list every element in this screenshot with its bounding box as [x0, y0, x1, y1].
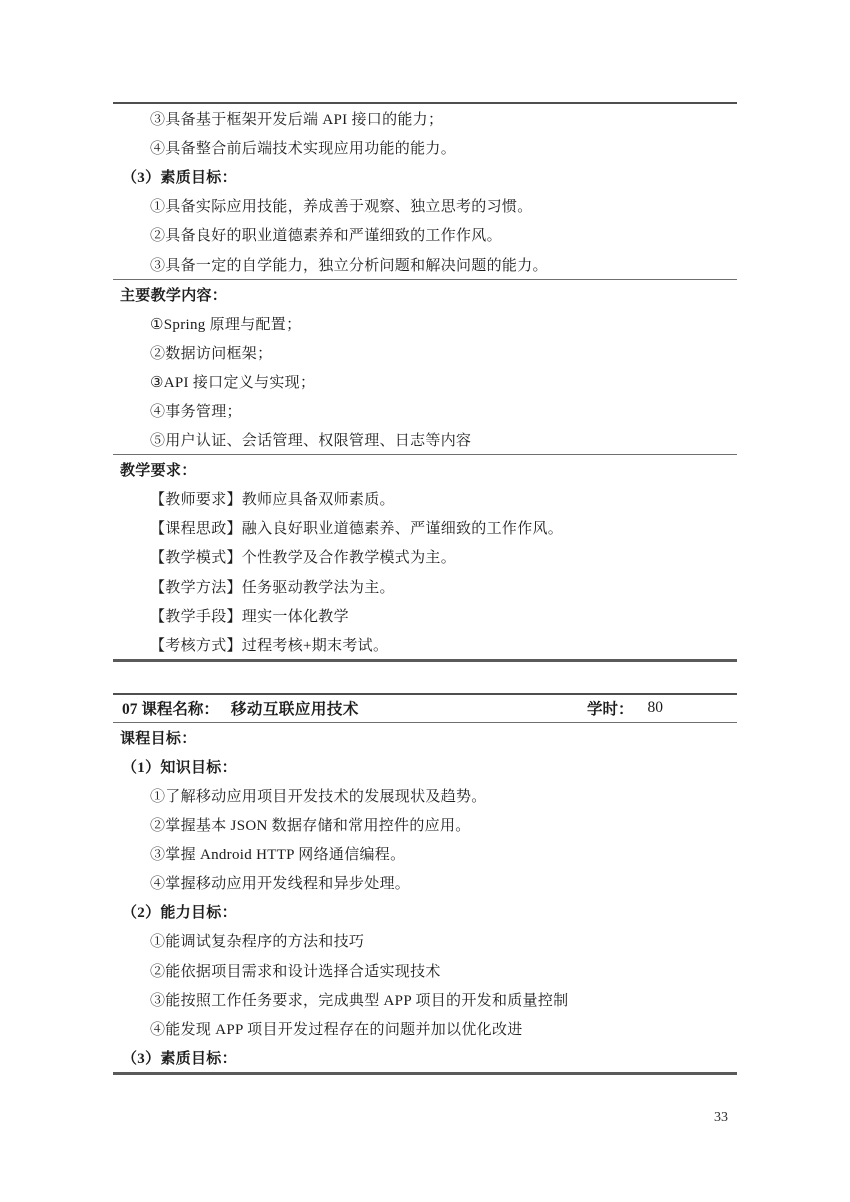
list-item: ③具备基于框架开发后端 API 接口的能力；	[113, 104, 737, 133]
course-hours: 学时： 80	[587, 697, 663, 719]
list-item: ③能按照工作任务要求，完成典型 APP 项目的开发和质量控制	[113, 985, 737, 1014]
list-item: ④掌握移动应用开发线程和异步处理。	[113, 868, 737, 897]
course06-section: ③具备基于框架开发后端 API 接口的能力； ④具备整合前后端技术实现应用功能的…	[113, 102, 737, 662]
list-item: ④能发现 APP 项目开发过程存在的问题并加以优化改进	[113, 1014, 737, 1043]
course07-section: 07 课程名称： 移动互联应用技术 学时： 80 课程目标： （1）知识目标： …	[113, 693, 737, 1075]
list-item: 【教学手段】理实一体化教学	[113, 601, 737, 630]
course-name: 移动互联应用技术	[231, 697, 359, 719]
list-item: ③API 接口定义与实现；	[113, 367, 737, 396]
section-gap	[113, 662, 737, 693]
course-goals-heading: 课程目标：	[113, 723, 737, 752]
list-item: ②数据访问框架；	[113, 338, 737, 367]
hours-label: 学时：	[587, 697, 634, 719]
teaching-content-heading: 主要教学内容：	[113, 280, 737, 309]
course06-goals-block: ③具备基于框架开发后端 API 接口的能力； ④具备整合前后端技术实现应用功能的…	[113, 104, 737, 279]
course06-teaching-content-block: 主要教学内容： ①Spring 原理与配置； ②数据访问框架； ③API 接口定…	[113, 279, 737, 455]
course06-teaching-requirements-block: 教学要求： 【教师要求】教师应具备双师素质。 【课程思政】融入良好职业道德素养、…	[113, 454, 737, 659]
list-item: ④具备整合前后端技术实现应用功能的能力。	[113, 133, 737, 162]
list-item: 【考核方式】过程考核+期末考试。	[113, 630, 737, 659]
list-item: 【教学方法】任务驱动教学法为主。	[113, 572, 737, 601]
list-item: 【教学模式】个性教学及合作教学模式为主。	[113, 542, 737, 571]
list-item: ②具备良好的职业道德素养和严谨细致的工作作风。	[113, 220, 737, 249]
teaching-requirements-heading: 教学要求：	[113, 455, 737, 484]
list-item: 【课程思政】融入良好职业道德素养、严谨细致的工作作风。	[113, 513, 737, 542]
list-item: ④事务管理；	[113, 396, 737, 425]
quality-goals-sub-heading: （3）素质目标：	[113, 1043, 737, 1072]
knowledge-goals-sub-heading: （1）知识目标：	[113, 752, 737, 781]
page-number: 33	[706, 1110, 736, 1126]
list-item: ⑤用户认证、会话管理、权限管理、日志等内容	[113, 425, 737, 454]
list-item: ①了解移动应用项目开发技术的发展现状及趋势。	[113, 781, 737, 810]
list-item: ①能调试复杂程序的方法和技巧	[113, 926, 737, 955]
list-item: 【教师要求】教师应具备双师素质。	[113, 484, 737, 513]
list-item: ③掌握 Android HTTP 网络通信编程。	[113, 839, 737, 868]
hours-value: 80	[648, 699, 664, 717]
course07-goals-block: 课程目标： （1）知识目标： ①了解移动应用项目开发技术的发展现状及趋势。 ②掌…	[113, 723, 737, 1072]
list-item: ①Spring 原理与配置；	[113, 309, 737, 338]
document-content: ③具备基于框架开发后端 API 接口的能力； ④具备整合前后端技术实现应用功能的…	[113, 102, 737, 1075]
quality-goals-sub-heading: （3）素质目标：	[113, 162, 737, 191]
list-item: ②能依据项目需求和设计选择合适实现技术	[113, 956, 737, 985]
document-page: ③具备基于框架开发后端 API 接口的能力； ④具备整合前后端技术实现应用功能的…	[0, 0, 850, 1202]
list-item: ②掌握基本 JSON 数据存储和常用控件的应用。	[113, 810, 737, 839]
list-item: ③具备一定的自学能力，独立分析问题和解决问题的能力。	[113, 249, 737, 278]
list-item: ①具备实际应用技能，养成善于观察、独立思考的习惯。	[113, 191, 737, 220]
course-title-row: 07 课程名称： 移动互联应用技术 学时： 80	[113, 695, 737, 723]
ability-goals-sub-heading: （2）能力目标：	[113, 897, 737, 926]
course-code-label: 07 课程名称：	[122, 697, 219, 719]
